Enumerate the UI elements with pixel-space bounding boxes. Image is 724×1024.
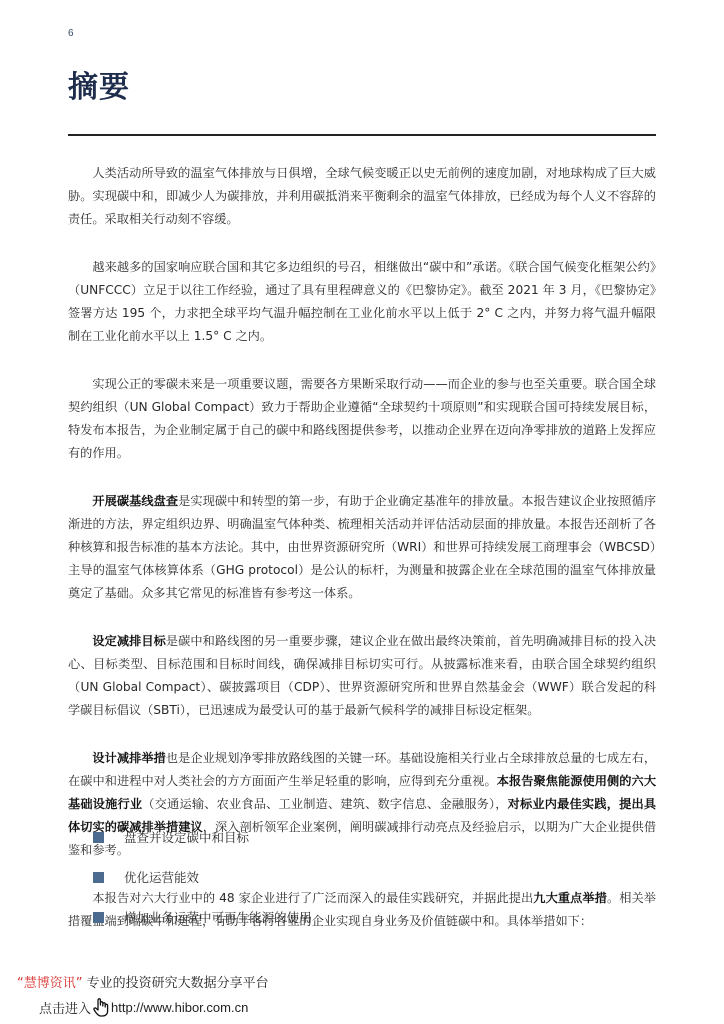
emphasis-text: 设定减排目标 <box>92 634 166 648</box>
list-item-label: 增加业务运营中可再生能源的使用 <box>124 908 312 926</box>
paragraph: 实现公正的零碳未来是一项重要议题，需要各方果断采取行动——而企业的参与也至关重要… <box>68 373 656 465</box>
list-item: 盘查并设定碳中和目标 <box>93 828 312 846</box>
paragraph: 越来越多的国家响应联合国和其它多边组织的号召，相继做出“碳中和”承诺。《联合国气… <box>68 256 656 348</box>
brand-name: 慧博资讯 <box>24 976 76 991</box>
watermark-footer: “慧博资讯” 专业的投资研究大数据分享平台 点击进入 http://www.hi… <box>17 972 269 1017</box>
paragraph: 开展碳基线盘查是实现碳中和转型的第一步，有助于企业确定基准年的排放量。本报告建议… <box>68 490 656 605</box>
quote-close: ” <box>76 976 83 991</box>
paragraph-text: 人类活动所导致的温室气体排放与日俱增，全球气候变暖正以史无前例的速度加剧，对地球… <box>68 166 656 226</box>
page-title: 摘要 <box>68 62 130 106</box>
footer-tagline-line: “慧博资讯” 专业的投资研究大数据分享平台 <box>17 972 269 991</box>
square-bullet-icon <box>93 912 104 923</box>
paragraph: 设定减排目标是碳中和路线图的另一重要步骤，建议企业在做出最终决策前，首先明确减排… <box>68 630 656 722</box>
footer-tagline: 专业的投资研究大数据分享平台 <box>87 976 269 991</box>
emphasis-text: 开展碳基线盘查 <box>92 494 178 508</box>
square-bullet-icon <box>93 832 104 843</box>
paragraph-text: 是实现碳中和转型的第一步，有助于企业确定基准年的排放量。本报告建议企业按照循序渐… <box>68 494 656 600</box>
pointing-hand-icon <box>93 997 109 1017</box>
click-label: 点击进入 <box>39 998 91 1017</box>
list-item-label: 优化运营能效 <box>124 868 199 886</box>
hibor-link[interactable]: http://www.hibor.com.cn <box>111 1000 248 1015</box>
square-bullet-icon <box>93 872 104 883</box>
list-item: 优化运营能效 <box>93 868 312 886</box>
emphasis-text: 九大重点举措 <box>533 891 607 905</box>
paragraph-text: 越来越多的国家响应联合国和其它多边组织的号召，相继做出“碳中和”承诺。《联合国气… <box>68 260 656 343</box>
paragraph-text: 实现公正的零碳未来是一项重要议题，需要各方果断采取行动——而企业的参与也至关重要… <box>68 377 656 460</box>
page-number: 6 <box>68 28 74 39</box>
footer-link-line: 点击进入 http://www.hibor.com.cn <box>39 997 269 1017</box>
key-measures-list: 盘查并设定碳中和目标 优化运营能效 增加业务运营中可再生能源的使用 <box>93 828 312 948</box>
list-item: 增加业务运营中可再生能源的使用 <box>93 908 312 926</box>
paragraph-text: （交通运输、农业食品、工业制造、建筑、数字信息、金融服务）， <box>142 797 507 811</box>
paragraph: 人类活动所导致的温室气体排放与日俱增，全球气候变暖正以史无前例的速度加剧，对地球… <box>68 162 656 231</box>
list-item-label: 盘查并设定碳中和目标 <box>124 828 249 846</box>
emphasis-text: 设计减排举措 <box>92 751 166 765</box>
title-divider <box>68 134 656 136</box>
quote-open: “ <box>17 976 24 991</box>
